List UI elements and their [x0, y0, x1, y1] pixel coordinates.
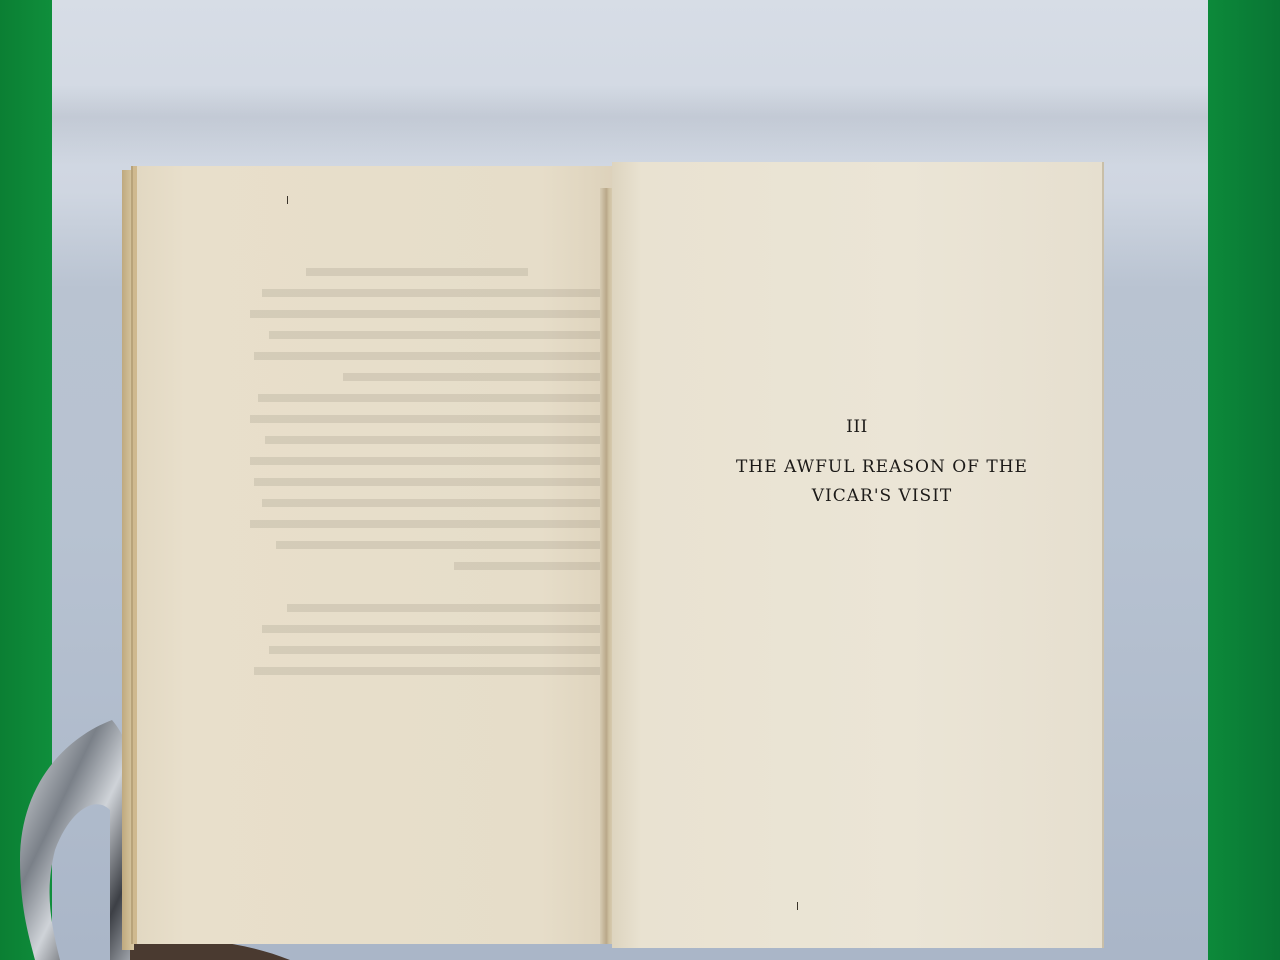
show-through-text — [232, 261, 602, 681]
paper-speck — [287, 196, 288, 204]
chapter-title-line-2: VICAR'S VISIT — [682, 486, 1082, 506]
open-book: III THE AWFUL REASON OF THE VICAR'S VISI… — [100, 160, 1110, 950]
board-shadow — [52, 85, 1208, 165]
green-background-right — [1206, 0, 1280, 960]
left-page — [133, 166, 613, 944]
right-page: III THE AWFUL REASON OF THE VICAR'S VISI… — [612, 162, 1102, 948]
paper-speck — [797, 902, 798, 910]
chapter-number: III — [612, 417, 1102, 437]
chapter-title-line-1: THE AWFUL REASON OF THE — [682, 457, 1082, 477]
